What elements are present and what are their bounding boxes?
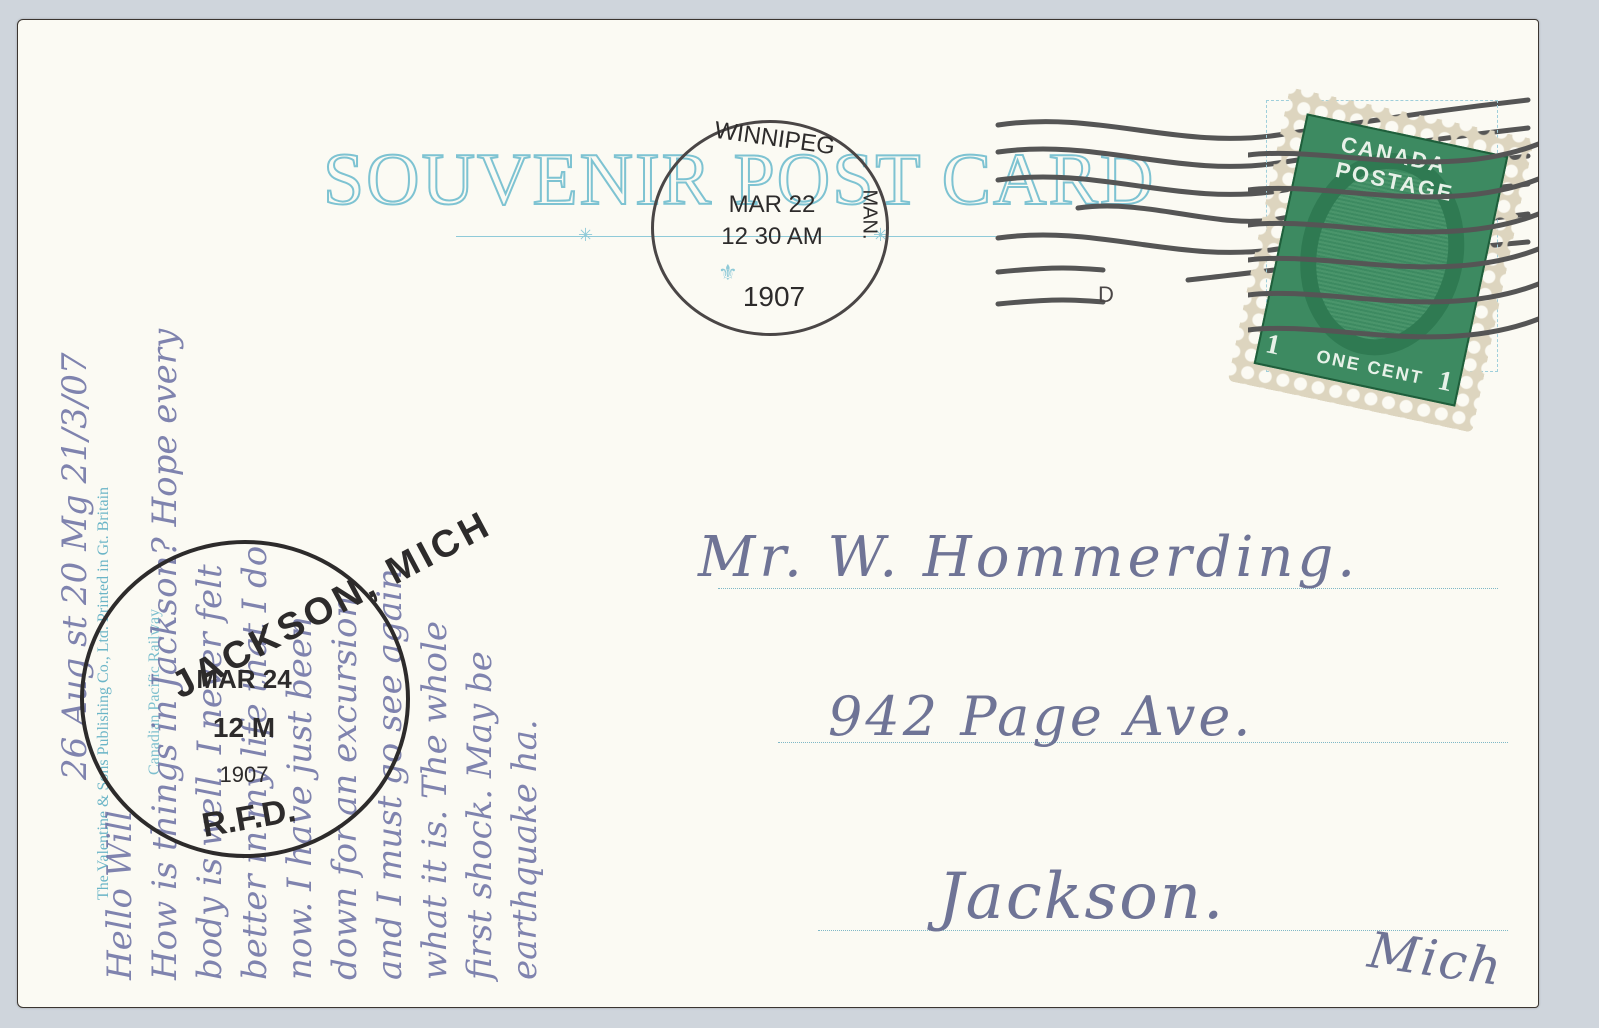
origin-postmark: WINNIPEG MAN. MAR 22 12 30 AM 1907 <box>651 120 889 336</box>
postmark-time: 12 30 AM <box>712 223 832 251</box>
cancel-letter: D <box>1098 282 1114 308</box>
address-city: Jackson. <box>938 860 1225 934</box>
postmark-province: MAN. <box>858 190 881 240</box>
postmark-city: WINNIPEG <box>713 117 837 162</box>
address-state: Mich <box>1365 921 1507 997</box>
receiving-year: 1907 <box>194 762 294 788</box>
address-name: Mr. W. Hommerding. <box>698 525 1359 590</box>
receiving-station: R.F.D. <box>177 787 322 850</box>
stamp-value-right: 1 <box>1435 365 1455 399</box>
message-dateline: 26 Aug st 20 Mg 21/3/07 <box>53 50 98 980</box>
postmark-date: MAR 22 <box>712 191 832 219</box>
message-line: earthquake ha. <box>503 50 548 980</box>
address-street: 942 Page Ave. <box>828 685 1253 748</box>
postcard-back: SOUVENIR POST CARD ✳ ✳ ⚜ The Valentine &… <box>17 19 1539 1008</box>
postmark-year: 1907 <box>724 281 824 313</box>
stamp-cancel-lines <box>1248 130 1539 360</box>
receiving-date: MAR 24 <box>194 664 294 695</box>
receiving-time: 12 M <box>194 712 294 744</box>
star-ornament-icon: ✳ <box>578 225 593 246</box>
message-line: what it is. The whole <box>413 50 458 980</box>
receiving-postmark: JACKSON, MICH MAR 24 12 M 1907 R.F.D. <box>80 540 410 858</box>
message-line: Hello Will <box>98 50 143 980</box>
message-line: and I must go see again <box>368 50 413 980</box>
message-line: down for an excursion <box>323 50 368 980</box>
